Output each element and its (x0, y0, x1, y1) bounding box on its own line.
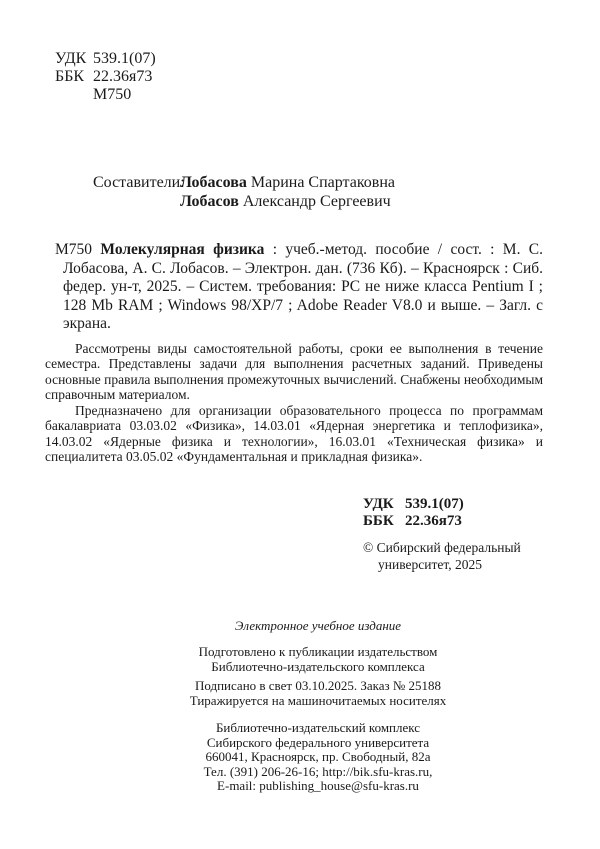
compiler-given-names: Александр Сергеевич (243, 193, 391, 210)
bbk-value-right: 22.36я73 (405, 513, 462, 529)
bbk-label: ББК (55, 68, 93, 86)
publisher-address-block: Библиотечно-издательский комплекс Сибирс… (36, 721, 600, 794)
prepared-line-2: Библиотечно-издательского комплекса (36, 660, 600, 675)
compiler-surname: Лобасов (180, 193, 239, 210)
udk-line-right: УДК539.1(07) (363, 496, 600, 513)
print-imprint-block: Подписано в свет 03.10.2025. Заказ № 251… (36, 679, 600, 708)
bibliographic-entry: М750 Молекулярная физика : учеб.-метод. … (0, 241, 600, 334)
annotation-block: Рассмотрены виды самостоятельной работы,… (0, 341, 600, 465)
copyright-line-2: университет, 2025 (363, 556, 600, 573)
compiler-given-names: Марина Спартаковна (251, 174, 395, 191)
annotation-paragraph-2: Предназначено для организации образовате… (45, 403, 543, 465)
udk-line: УДК539.1(07) (55, 50, 600, 68)
compilers-block: Составители: Лобасова Марина Спартаковна… (93, 173, 600, 211)
bib-author-sign: М750 (55, 241, 92, 258)
compiler-name: Лобасов Александр Сергеевич (180, 192, 395, 211)
copyright-notice: © Сибирский федеральный университет, 202… (363, 539, 600, 573)
publisher-email: E-mail: publishing_house@sfu-kras.ru (36, 779, 600, 794)
edition-type: Электронное учебное издание (36, 619, 600, 634)
udk-label-right: УДК (363, 496, 405, 513)
imprint-line-1: Подписано в свет 03.10.2025. Заказ № 251… (36, 679, 600, 694)
bib-title: Молекулярная физика (100, 241, 264, 258)
classification-codes: УДК539.1(07) ББК22.36я73 М750 (55, 0, 600, 104)
publisher-name: Библиотечно-издательский комплекс (36, 721, 600, 736)
bbk-value: 22.36я73 (93, 68, 152, 85)
bbk-line-right: ББК22.36я73 (363, 513, 600, 530)
author-sign: М750 (93, 86, 131, 103)
classification-codes-right: УДК539.1(07) ББК22.36я73 (363, 496, 600, 530)
author-sign-line: М750 (55, 86, 600, 104)
imprint-page: УДК539.1(07) ББК22.36я73 М750 Составител… (0, 0, 600, 849)
prepared-by-block: Подготовлено к публикации издательством … (36, 645, 600, 674)
publisher-postal-address: 660041, Красноярск, пр. Свободный, 82а (36, 750, 600, 765)
compiler-surname: Лобасова (180, 174, 247, 191)
publisher-phone-website: Тел. (391) 206-26-16; http://bik.sfu-kra… (36, 765, 600, 780)
compiler-name: Лобасова Марина Спартаковна (180, 173, 395, 192)
compilers-names: Лобасова Марина Спартаковна Лобасов Алек… (180, 173, 395, 211)
udk-label: УДК (55, 50, 93, 68)
copyright-line-1: © Сибирский федеральный (363, 539, 600, 556)
compilers-label: Составители: (93, 173, 180, 211)
colophon: Электронное учебное издание Подготовлено… (36, 619, 600, 794)
udk-value-right: 539.1(07) (405, 496, 464, 512)
annotation-paragraph-1: Рассмотрены виды самостоятельной работы,… (45, 341, 543, 403)
prepared-line-1: Подготовлено к публикации издательством (36, 645, 600, 660)
bbk-label-right: ББК (363, 513, 405, 530)
bbk-line: ББК22.36я73 (55, 68, 600, 86)
publisher-university: Сибирского федерального университета (36, 736, 600, 751)
imprint-line-2: Тиражируется на машиночитаемых носителях (36, 694, 600, 709)
udk-value: 539.1(07) (93, 50, 156, 67)
